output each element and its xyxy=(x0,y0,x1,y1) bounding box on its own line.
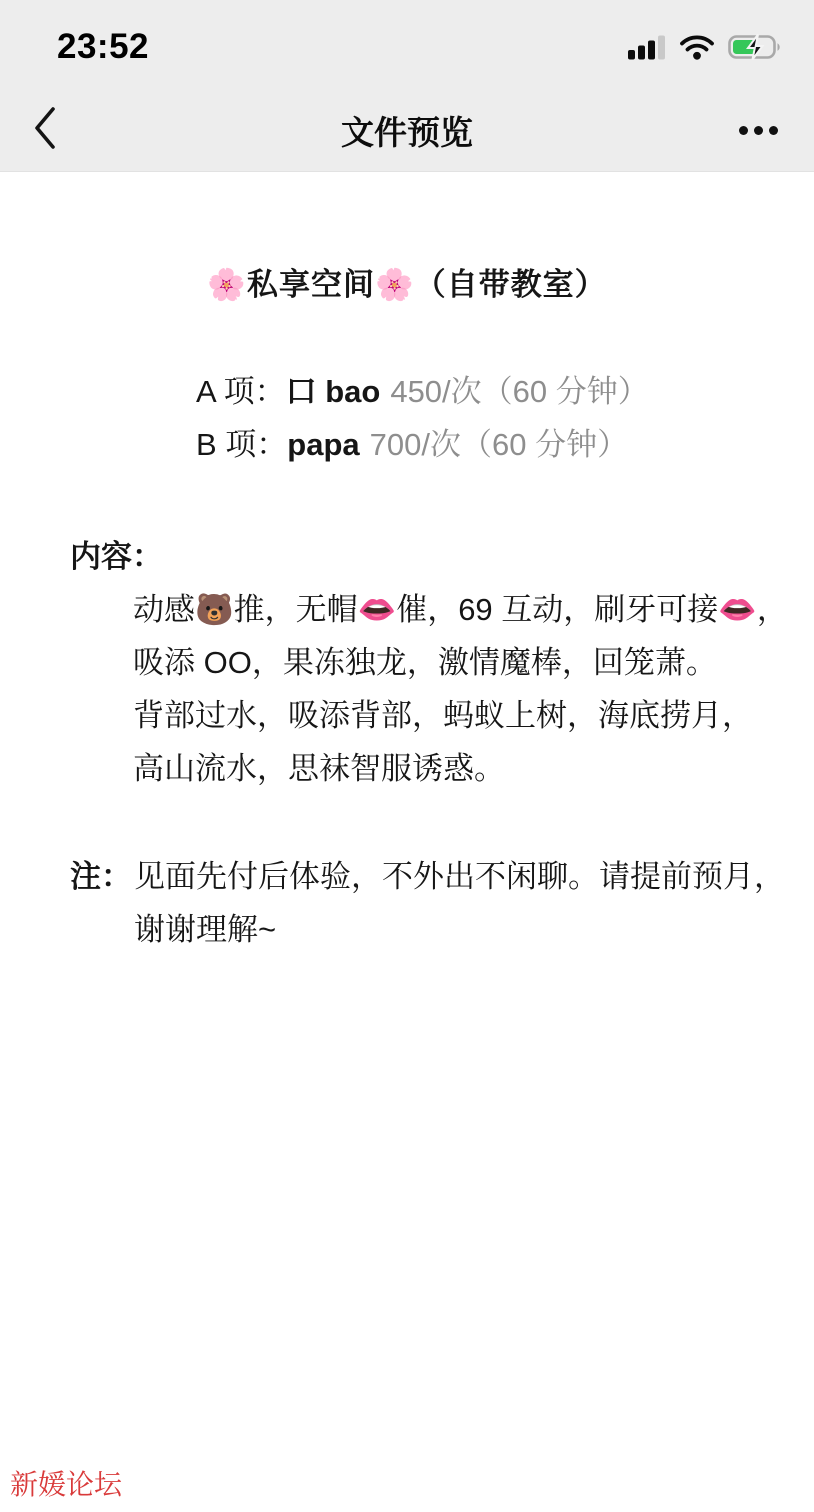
price-item-amount: 450/次（60 分钟） xyxy=(390,374,648,409)
content-lines: 动感🐻推，无帽👄催，69 互动，刷牙可接👄， 吸添 OO，果冻独龙，激情魔棒，回… xyxy=(133,583,814,795)
price-item-amount: 700/次（60 分钟） xyxy=(370,427,628,462)
page-title: 文件预览 xyxy=(100,88,714,172)
price-item-name: 口 bao xyxy=(286,374,381,409)
phone-screen: 23:52 xyxy=(0,0,814,1512)
price-item-name: papa xyxy=(287,427,359,462)
note-lines: 见面先付后体验，不外出不闲聊。请提前预月， 谢谢理解~ xyxy=(134,850,785,956)
note-line: 见面先付后体验，不外出不闲聊。请提前预月， xyxy=(134,850,785,903)
content-section-label: 内容： xyxy=(70,530,814,583)
file-preview-content[interactable]: 🌸私享空间🌸（自带教室） A 项：口 bao450/次（60 分钟） B 项：p… xyxy=(0,172,814,1512)
content-line: 动感🐻推，无帽👄催，69 互动，刷牙可接👄， xyxy=(133,583,814,636)
note-section: 注： 见面先付后体验，不外出不闲聊。请提前预月， 谢谢理解~ xyxy=(0,850,814,956)
forum-watermark: 新媛论坛 xyxy=(10,1470,122,1500)
price-item-b: B 项：papa700/次（60 分钟） xyxy=(196,418,814,471)
ellipsis-icon xyxy=(739,126,778,135)
price-item-label: B 项： xyxy=(196,427,287,462)
price-item-a: A 项：口 bao450/次（60 分钟） xyxy=(196,365,814,418)
status-icons xyxy=(628,35,784,63)
price-list: A 项：口 bao450/次（60 分钟） B 项：papa700/次（60 分… xyxy=(196,365,814,471)
price-item-label: A 项： xyxy=(196,374,286,409)
content-section: 内容： 动感🐻推，无帽👄催，69 互动，刷牙可接👄， 吸添 OO，果冻独龙，激情… xyxy=(0,530,814,795)
content-line: 高山流水，思袜智服诱惑。 xyxy=(133,742,814,795)
note-label: 注： xyxy=(70,850,132,903)
note-line: 谢谢理解~ xyxy=(134,903,785,956)
status-time: 23:52 xyxy=(57,27,149,67)
content-line: 吸添 OO，果冻独龙，激情魔棒，回笼萧。 xyxy=(133,636,814,689)
cellular-signal-icon xyxy=(628,34,666,65)
wifi-icon xyxy=(679,34,715,65)
content-line: 背部过水，吸添背部，蚂蚁上树，海底捞月， xyxy=(133,689,814,742)
status-bar: 23:52 xyxy=(0,0,814,88)
document-title: 🌸私享空间🌸（自带教室） xyxy=(0,258,814,311)
chevron-left-icon xyxy=(32,105,58,156)
more-button[interactable] xyxy=(739,88,778,172)
nav-bar: 文件预览 xyxy=(0,88,814,172)
battery-icon xyxy=(728,33,784,66)
back-button[interactable] xyxy=(30,107,60,153)
header: 23:52 xyxy=(0,0,814,172)
